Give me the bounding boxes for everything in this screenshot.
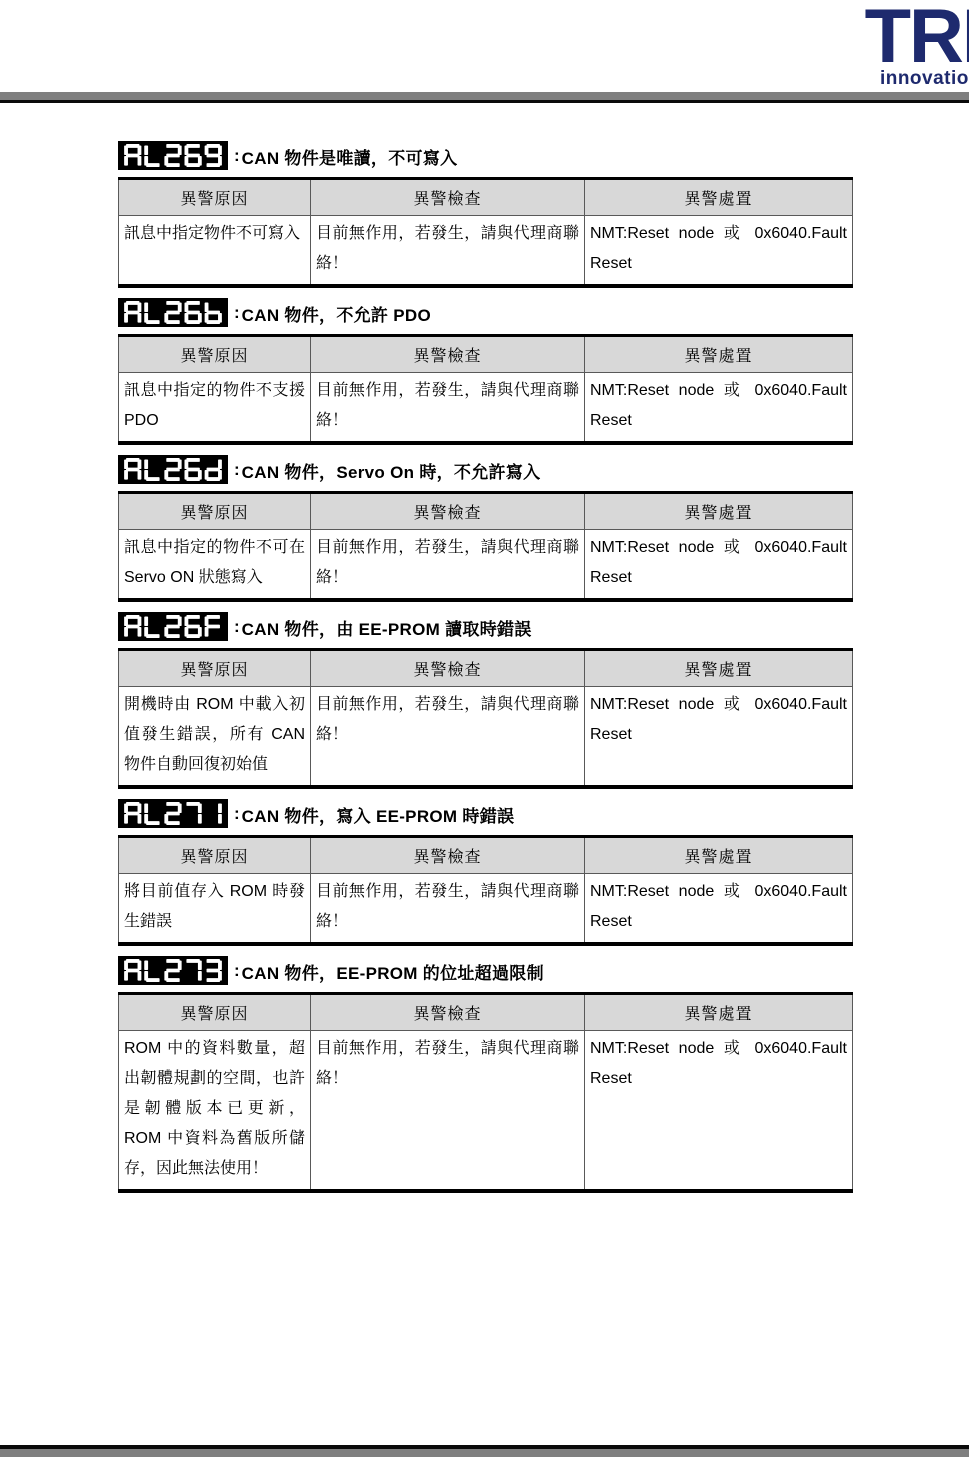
- column-header-check: 異警檢查: [311, 994, 585, 1031]
- tri-logo-subtitle: innovation: [865, 70, 969, 88]
- alarm-cause-cell: 訊息中指定的物件不可在 Servo ON 狀態寫入: [119, 530, 311, 601]
- alarm-table: 異警原因 異警檢查 異警處置 ROM 中的資料數量，超出韌體規劃的空間，也許是韌…: [118, 992, 853, 1193]
- column-header-action: 異警處置: [585, 650, 853, 687]
- alarm-table-body-row: 將目前值存入 ROM 時發生錯誤 目前無作用，若發生，請與代理商聯絡！ NMT:…: [119, 874, 853, 945]
- alarm-table-header-row: 異警原因 異警檢查 異警處置: [119, 994, 853, 1031]
- alarm-table-body-row: 開機時由 ROM 中載入初值發生錯誤，所有 CAN 物件自動回復初始值 目前無作…: [119, 687, 853, 788]
- alarm-table: 異警原因 異警檢查 異警處置 訊息中指定的物件不可在 Servo ON 狀態寫入…: [118, 491, 853, 602]
- column-header-action: 異警處置: [585, 336, 853, 373]
- alarm-action-cell: NMT:Reset node 或 0x6040.Fault Reset: [585, 1031, 853, 1192]
- alarm-section: : CAN 物件是唯讀，不可寫入 異警原因 異警檢查 異警處置 訊息中指定物件不…: [118, 140, 852, 288]
- alarm-title: CAN 物件，EE-PROM 的位址超過限制: [242, 959, 544, 984]
- alarm-check-cell: 目前無作用，若發生，請與代理商聯絡！: [311, 530, 585, 601]
- footer-rule: [0, 1445, 969, 1457]
- alarm-table-body-row: 訊息中指定的物件不可在 Servo ON 狀態寫入 目前無作用，若發生，請與代理…: [119, 530, 853, 601]
- title-separator: :: [234, 804, 240, 824]
- alarm-table: 異警原因 異警檢查 異警處置 將目前值存入 ROM 時發生錯誤 目前無作用，若發…: [118, 835, 853, 946]
- alarm-code-badge: [118, 956, 228, 985]
- alarm-code-badge: [118, 298, 228, 327]
- alarm-cause-cell: 將目前值存入 ROM 時發生錯誤: [119, 874, 311, 945]
- alarm-cause-cell: 訊息中指定的物件不支援 PDO: [119, 373, 311, 444]
- column-header-check: 異警檢查: [311, 336, 585, 373]
- alarm-title: CAN 物件，不允許 PDO: [242, 301, 431, 326]
- alarm-action-cell: NMT:Reset node 或 0x6040.Fault Reset: [585, 216, 853, 287]
- alarm-table-header-row: 異警原因 異警檢查 異警處置: [119, 336, 853, 373]
- alarm-title-row: : CAN 物件，Servo On 時，不允許寫入: [118, 454, 852, 484]
- column-header-cause: 異警原因: [119, 336, 311, 373]
- header-rule: [0, 92, 969, 103]
- column-header-check: 異警檢查: [311, 493, 585, 530]
- alarm-table: 異警原因 異警檢查 異警處置 開機時由 ROM 中載入初值發生錯誤，所有 CAN…: [118, 648, 853, 789]
- alarm-action-cell: NMT:Reset node 或 0x6040.Fault Reset: [585, 530, 853, 601]
- title-separator: :: [234, 303, 240, 323]
- alarm-table-header-row: 異警原因 異警檢查 異警處置: [119, 493, 853, 530]
- alarm-action-cell: NMT:Reset node 或 0x6040.Fault Reset: [585, 373, 853, 444]
- column-header-action: 異警處置: [585, 994, 853, 1031]
- column-header-action: 異警處置: [585, 179, 853, 216]
- alarm-check-cell: 目前無作用，若發生，請與代理商聯絡！: [311, 874, 585, 945]
- alarm-table: 異警原因 異警檢查 異警處置 訊息中指定的物件不支援 PDO 目前無作用，若發生…: [118, 334, 853, 445]
- tri-logo-wordmark: TRI: [865, 2, 969, 72]
- header-rule-gray: [0, 92, 969, 100]
- title-separator: :: [234, 961, 240, 981]
- alarm-table-header-row: 異警原因 異警檢查 異警處置: [119, 179, 853, 216]
- alarm-title-row: : CAN 物件，不允許 PDO: [118, 297, 852, 327]
- alarm-cause-cell: ROM 中的資料數量，超出韌體規劃的空間，也許是韌體版本已更新，ROM 中資料為…: [119, 1031, 311, 1192]
- column-header-cause: 異警原因: [119, 837, 311, 874]
- alarm-table-header-row: 異警原因 異警檢查 異警處置: [119, 837, 853, 874]
- column-header-cause: 異警原因: [119, 493, 311, 530]
- alarm-section: : CAN 物件，Servo On 時，不允許寫入 異警原因 異警檢查 異警處置…: [118, 454, 852, 602]
- alarm-section: : CAN 物件，EE-PROM 的位址超過限制 異警原因 異警檢查 異警處置 …: [118, 955, 852, 1193]
- alarm-table-body-row: 訊息中指定的物件不支援 PDO 目前無作用，若發生，請與代理商聯絡！ NMT:R…: [119, 373, 853, 444]
- alarm-cause-cell: 開機時由 ROM 中載入初值發生錯誤，所有 CAN 物件自動回復初始值: [119, 687, 311, 788]
- alarm-check-cell: 目前無作用，若發生，請與代理商聯絡！: [311, 1031, 585, 1192]
- alarm-code-badge: [118, 612, 228, 641]
- alarm-check-cell: 目前無作用，若發生，請與代理商聯絡！: [311, 216, 585, 287]
- alarm-section: : CAN 物件，由 EE-PROM 讀取時錯誤 異警原因 異警檢查 異警處置 …: [118, 611, 852, 789]
- column-header-check: 異警檢查: [311, 837, 585, 874]
- alarm-title: CAN 物件，由 EE-PROM 讀取時錯誤: [242, 615, 532, 640]
- alarm-table-body-row: 訊息中指定物件不可寫入 目前無作用，若發生，請與代理商聯絡！ NMT:Reset…: [119, 216, 853, 287]
- column-header-action: 異警處置: [585, 493, 853, 530]
- alarm-table-body-row: ROM 中的資料數量，超出韌體規劃的空間，也許是韌體版本已更新，ROM 中資料為…: [119, 1031, 853, 1192]
- column-header-check: 異警檢查: [311, 650, 585, 687]
- alarm-sections: : CAN 物件是唯讀，不可寫入 異警原因 異警檢查 異警處置 訊息中指定物件不…: [118, 140, 852, 1202]
- column-header-cause: 異警原因: [119, 650, 311, 687]
- alarm-cause-cell: 訊息中指定物件不可寫入: [119, 216, 311, 287]
- alarm-title-row: : CAN 物件，寫入 EE-PROM 時錯誤: [118, 798, 852, 828]
- alarm-title-row: : CAN 物件，EE-PROM 的位址超過限制: [118, 955, 852, 985]
- column-header-action: 異警處置: [585, 837, 853, 874]
- alarm-check-cell: 目前無作用，若發生，請與代理商聯絡！: [311, 373, 585, 444]
- title-separator: :: [234, 146, 240, 166]
- alarm-table-header-row: 異警原因 異警檢查 異警處置: [119, 650, 853, 687]
- alarm-action-cell: NMT:Reset node 或 0x6040.Fault Reset: [585, 874, 853, 945]
- alarm-table: 異警原因 異警檢查 異警處置 訊息中指定物件不可寫入 目前無作用，若發生，請與代…: [118, 177, 853, 288]
- alarm-section: : CAN 物件，寫入 EE-PROM 時錯誤 異警原因 異警檢查 異警處置 將…: [118, 798, 852, 946]
- alarm-section: : CAN 物件，不允許 PDO 異警原因 異警檢查 異警處置 訊息中指定的物件…: [118, 297, 852, 445]
- alarm-code-badge: [118, 141, 228, 170]
- column-header-cause: 異警原因: [119, 179, 311, 216]
- alarm-code-badge: [118, 455, 228, 484]
- alarm-title-row: : CAN 物件，由 EE-PROM 讀取時錯誤: [118, 611, 852, 641]
- title-separator: :: [234, 460, 240, 480]
- alarm-title: CAN 物件，Servo On 時，不允許寫入: [242, 458, 541, 483]
- column-header-check: 異警檢查: [311, 179, 585, 216]
- column-header-cause: 異警原因: [119, 994, 311, 1031]
- alarm-title: CAN 物件，寫入 EE-PROM 時錯誤: [242, 802, 515, 827]
- alarm-title-row: : CAN 物件是唯讀，不可寫入: [118, 140, 852, 170]
- alarm-title: CAN 物件是唯讀，不可寫入: [242, 144, 458, 169]
- footer-rule-gray: [0, 1449, 969, 1457]
- alarm-action-cell: NMT:Reset node 或 0x6040.Fault Reset: [585, 687, 853, 788]
- alarm-code-badge: [118, 799, 228, 828]
- header-rule-black: [0, 100, 969, 103]
- alarm-check-cell: 目前無作用，若發生，請與代理商聯絡！: [311, 687, 585, 788]
- title-separator: :: [234, 617, 240, 637]
- tri-logo: TRI innovation: [865, 2, 969, 88]
